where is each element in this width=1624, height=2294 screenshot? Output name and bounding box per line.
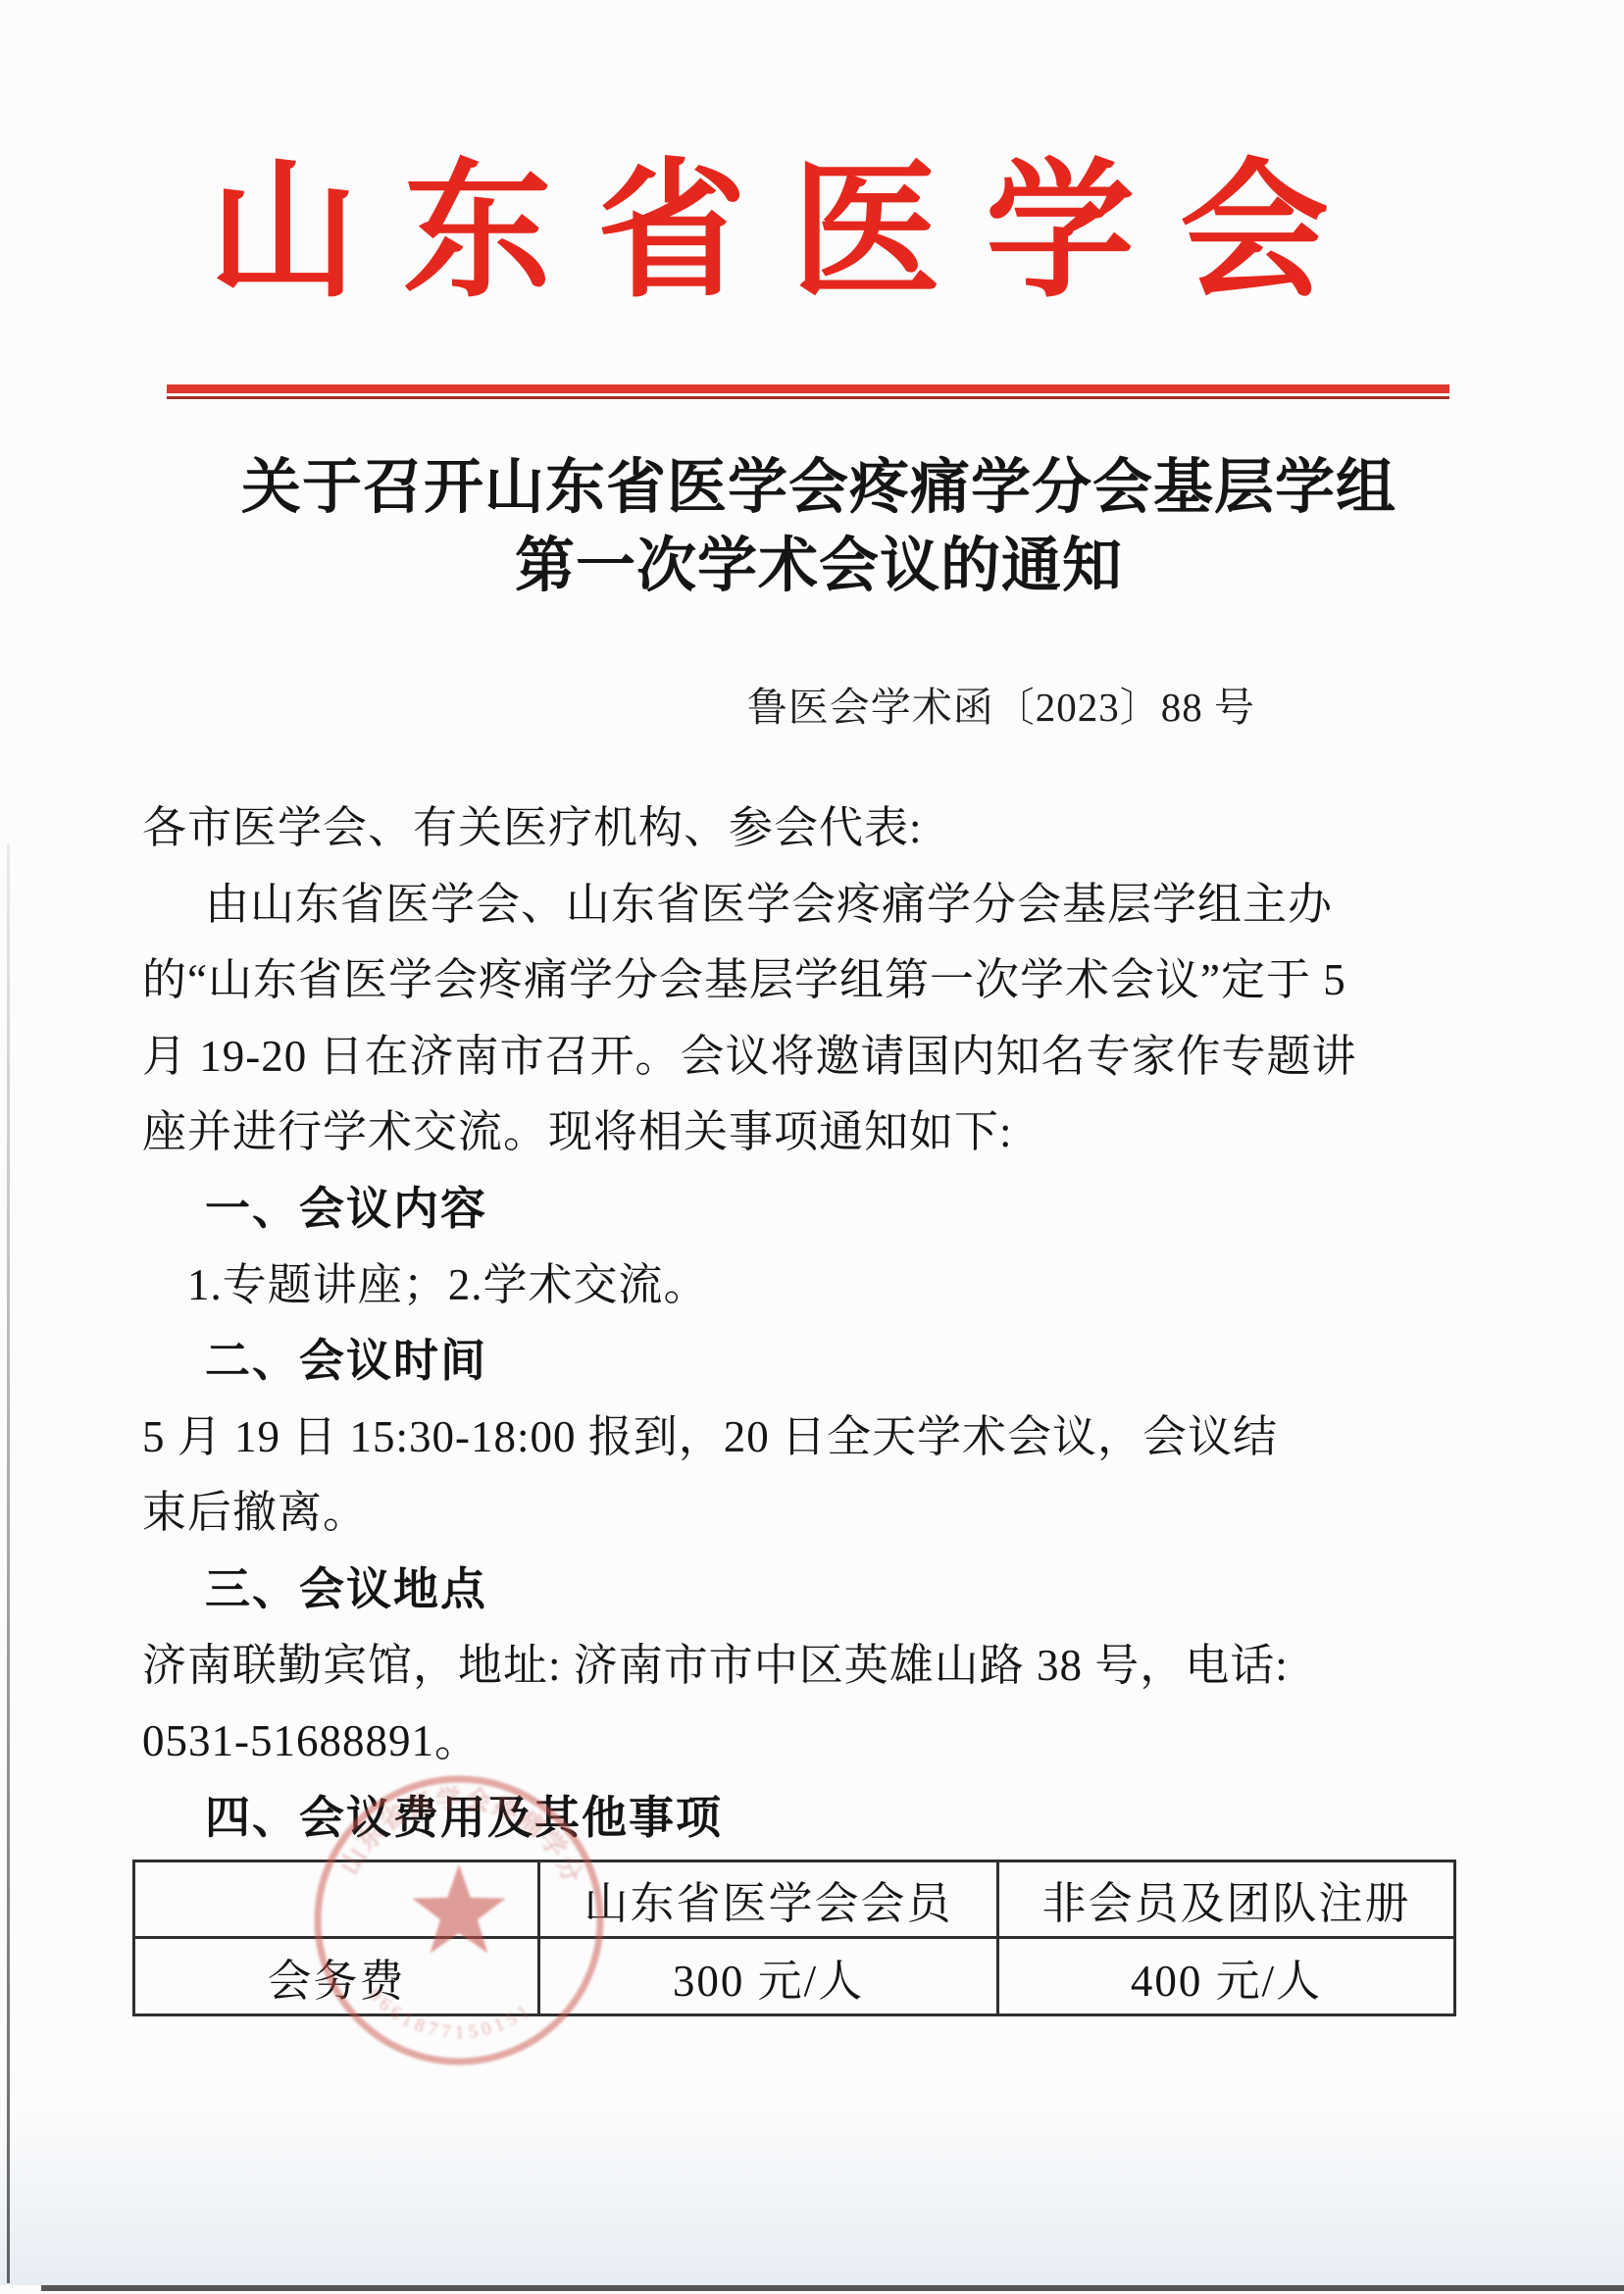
document-title-line2: 第一次学术会议的通知 (0, 528, 1624, 606)
fee-table-header-member: 山东省医学会会员 (539, 1861, 998, 1938)
body-line: 由山东省医学会、山东省医学会疼痛学分会基层学组主办 (142, 867, 1456, 943)
body-line: 济南联勤宾馆，地址: 济南市市中区英雄山路 38 号，电话: (142, 1628, 1456, 1705)
document-reference-number: 鲁医会学术函〔2023〕88 号 (747, 675, 1255, 733)
fee-table-header-empty (134, 1861, 539, 1938)
document-body: 各市医学会、有关医疗机构、参会代表: 由山东省医学会、山东省医学会疼痛学分会基层… (142, 790, 1456, 1856)
fee-table: 山东省医学会会员 非会员及团队注册 会务费 300 元/人 400 元/人 (132, 1860, 1456, 2016)
document-title: 关于召开山东省医学会疼痛学分会基层学组 第一次学术会议的通知 (0, 449, 1624, 606)
scan-left-edge (7, 843, 10, 2283)
scan-bottom-tint (0, 2104, 1624, 2285)
scanned-document-page: 山 东 省 医 学 会 关于召开山东省医学会疼痛学分会基层学组 第一次学术会议的… (0, 0, 1624, 2294)
document-title-line1: 关于召开山东省医学会疼痛学分会基层学组 (0, 449, 1624, 528)
body-line: 束后撤离。 (142, 1475, 1456, 1552)
letterhead-org-name: 山 东 省 医 学 会 (0, 139, 1540, 326)
section-heading-3: 三、会议地点 (142, 1552, 1456, 1628)
body-line: 5 月 19 日 15:30-18:00 报到，20 日全天学术会议，会议结 (142, 1400, 1456, 1476)
fee-table-row-label: 会务费 (134, 1938, 539, 2015)
letterhead-rule-thin (167, 396, 1449, 399)
scan-bottom-edge (41, 2285, 1624, 2291)
fee-table-header-row: 山东省医学会会员 非会员及团队注册 (134, 1861, 1455, 1938)
body-line: 座并进行学术交流。现将相关事项通知如下: (142, 1095, 1456, 1171)
fee-table-member-fee: 300 元/人 (539, 1938, 998, 2015)
letterhead-rule-thick (167, 384, 1449, 393)
section-heading-2: 二、会议时间 (142, 1323, 1456, 1400)
section-heading-4: 四、会议费用及其他事项 (142, 1780, 1456, 1857)
body-line: 0531-51688891。 (142, 1704, 1456, 1780)
fee-table-data-row: 会务费 300 元/人 400 元/人 (134, 1938, 1455, 2015)
body-line: 的“山东省医学会疼痛学分会基层学组第一次学术会议”定于 5 (142, 943, 1456, 1019)
body-line: 月 19-20 日在济南市召开。会议将邀请国内知名专家作专题讲 (142, 1019, 1456, 1096)
fee-table-nonmember-fee: 400 元/人 (998, 1938, 1455, 2015)
section-heading-1: 一、会议内容 (142, 1171, 1456, 1248)
fee-table-header-nonmember: 非会员及团队注册 (998, 1861, 1455, 1938)
body-line: 1.专题讲座；2.学术交流。 (142, 1248, 1456, 1324)
salutation-line: 各市医学会、有关医疗机构、参会代表: (142, 790, 1456, 867)
